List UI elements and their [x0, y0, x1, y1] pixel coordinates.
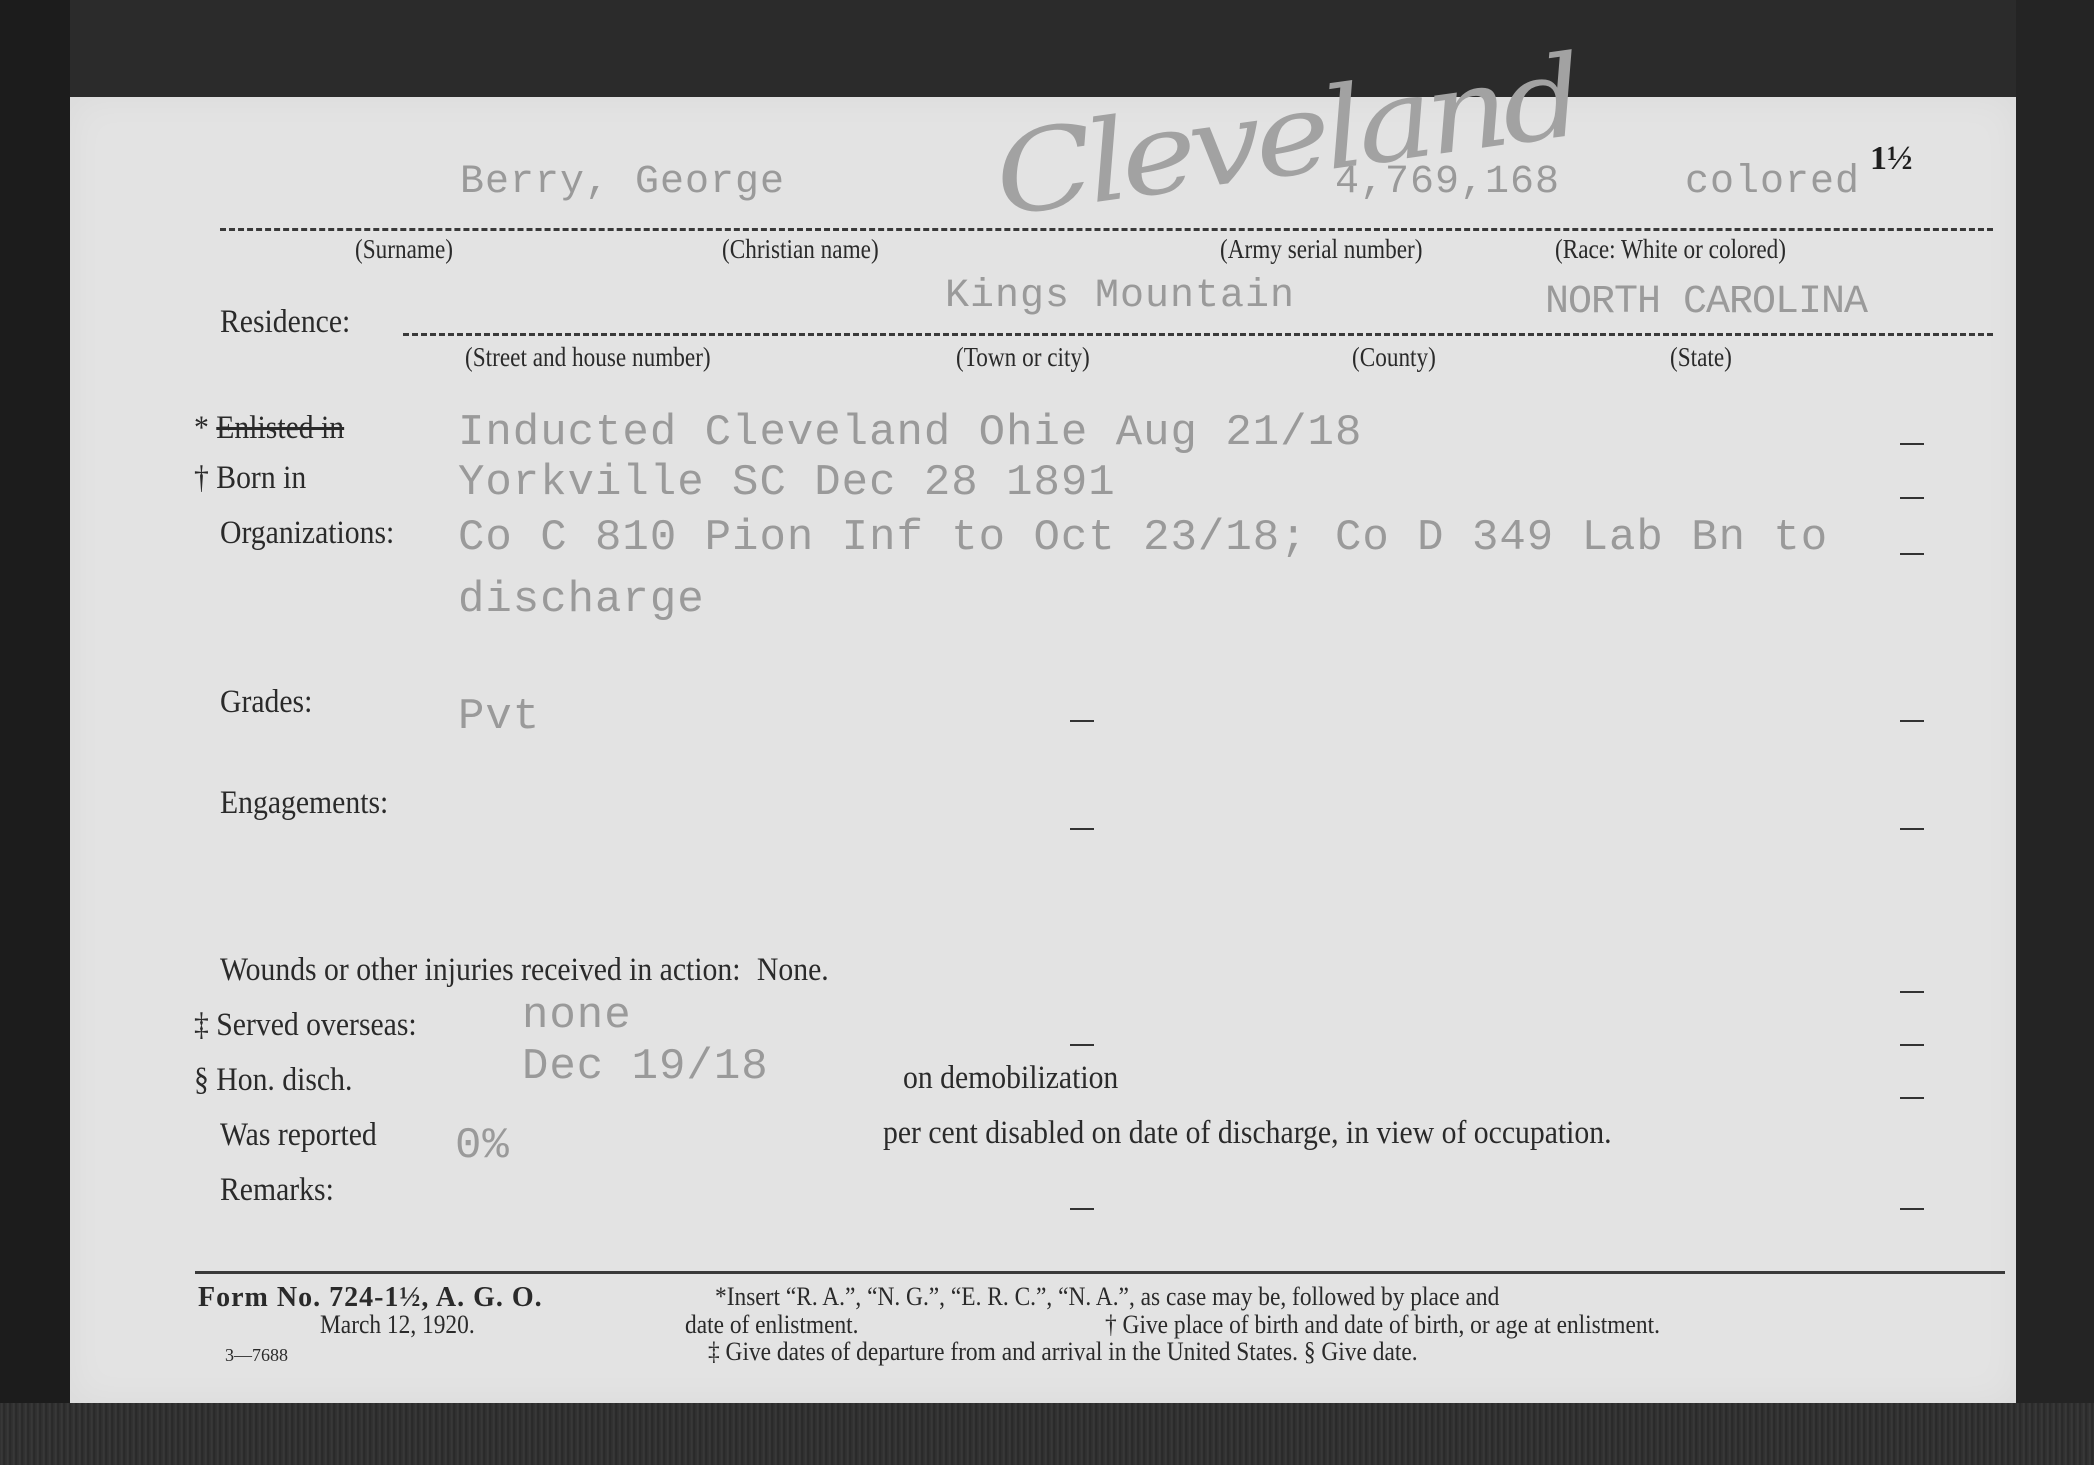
discharge-marker: §: [194, 1062, 209, 1098]
overseas-label-text: Served overseas:: [216, 1007, 416, 1043]
scan-background-bottom: [0, 1403, 2094, 1465]
footer-rule: [195, 1271, 2005, 1274]
grades-value: Pvt: [458, 692, 540, 742]
grades-label: Grades:: [220, 684, 312, 721]
print-code: 3—7688: [225, 1345, 288, 1366]
remarks-label: Remarks:: [220, 1172, 334, 1209]
discharge-value: Dec 19/18: [522, 1042, 769, 1092]
serial-value: 4,769,168: [1335, 160, 1560, 205]
discharge-label-text: Hon. disch.: [216, 1062, 352, 1098]
wounds-label: Wounds or other injuries received in act…: [220, 952, 829, 989]
overseas-value: none: [522, 991, 632, 1041]
organizations-label: Organizations:: [220, 515, 394, 552]
scan-background-left: [0, 0, 70, 1465]
town-label: (Town or city): [956, 342, 1090, 373]
tick-mark: [1900, 828, 1924, 830]
wounds-value: None.: [757, 952, 829, 988]
residence-state-value: NORTH CAROLINA: [1545, 280, 1867, 325]
residence-label: Residence:: [220, 304, 350, 341]
tick-mark: [1900, 443, 1924, 445]
tick-mark: [1900, 1044, 1924, 1046]
service-record-card: 1½ Cleveland Berry, George 4,769,168 col…: [70, 97, 2016, 1403]
born-value: Yorkville SC Dec 28 1891: [458, 458, 1116, 508]
footnote-line1: *Insert “R. A.”, “N. G.”, “E. R. C.”, “N…: [715, 1282, 1499, 1312]
disability-suffix: per cent disabled on date of discharge, …: [883, 1115, 1612, 1152]
state-label: (State): [1670, 342, 1732, 373]
scan-background-right: [2016, 0, 2094, 1465]
wounds-label-text: Wounds or other injuries received in act…: [220, 952, 741, 988]
enlisted-label-text: Enlisted in: [216, 410, 344, 446]
tick-mark: [1900, 1097, 1924, 1099]
tick-mark: [1070, 1044, 1094, 1046]
enlisted-label: * Enlisted in: [194, 410, 344, 447]
residence-town-value: Kings Mountain: [945, 274, 1295, 319]
enlisted-value: Inducted Cleveland Ohie Aug 21/18: [458, 408, 1362, 458]
residence-line: [403, 333, 1993, 336]
tick-mark: [1900, 497, 1924, 499]
serial-label: (Army serial number): [1220, 234, 1422, 265]
overseas-label: ‡ Served overseas:: [194, 1007, 417, 1044]
name-line: [220, 228, 1993, 231]
footnote-line3: ‡ Give dates of departure from and arriv…: [708, 1337, 1418, 1367]
tick-mark: [1070, 720, 1094, 722]
tick-mark: [1070, 828, 1094, 830]
organizations-value-line2: discharge: [458, 575, 705, 625]
disability-value: 0%: [455, 1121, 510, 1171]
born-label-text: Born in: [216, 460, 306, 496]
christian-name-label: (Christian name): [722, 234, 879, 265]
overseas-marker: ‡: [194, 1007, 209, 1043]
discharge-label: § Hon. disch.: [194, 1062, 352, 1099]
engagements-label: Engagements:: [220, 785, 388, 822]
discharge-suffix: on demobilization: [903, 1060, 1118, 1097]
street-label: (Street and house number): [465, 342, 711, 373]
race-label: (Race: White or colored): [1555, 234, 1786, 265]
enlisted-marker: *: [194, 410, 209, 446]
county-label: (County): [1352, 342, 1436, 373]
disability-label: Was reported: [220, 1117, 377, 1154]
surname-label: (Surname): [355, 234, 453, 265]
tick-mark: [1900, 991, 1924, 993]
organizations-value-line1: Co C 810 Pion Inf to Oct 23/18; Co D 349…: [458, 513, 1828, 563]
tick-mark: [1900, 553, 1924, 555]
born-label: † Born in: [194, 460, 306, 497]
form-date: March 12, 1920.: [320, 1310, 475, 1340]
race-value: colored: [1685, 160, 1860, 205]
tick-mark: [1900, 1208, 1924, 1210]
tick-mark: [1070, 1208, 1094, 1210]
footnote-line2b: † Give place of birth and date of birth,…: [1105, 1310, 1660, 1340]
born-marker: †: [194, 460, 209, 496]
tick-mark: [1900, 720, 1924, 722]
corner-mark: 1½: [1870, 140, 1913, 178]
handwritten-county: Cleveland: [987, 32, 1586, 242]
footnote-line2a: date of enlistment.: [685, 1310, 859, 1340]
name-value: Berry, George: [460, 160, 785, 205]
